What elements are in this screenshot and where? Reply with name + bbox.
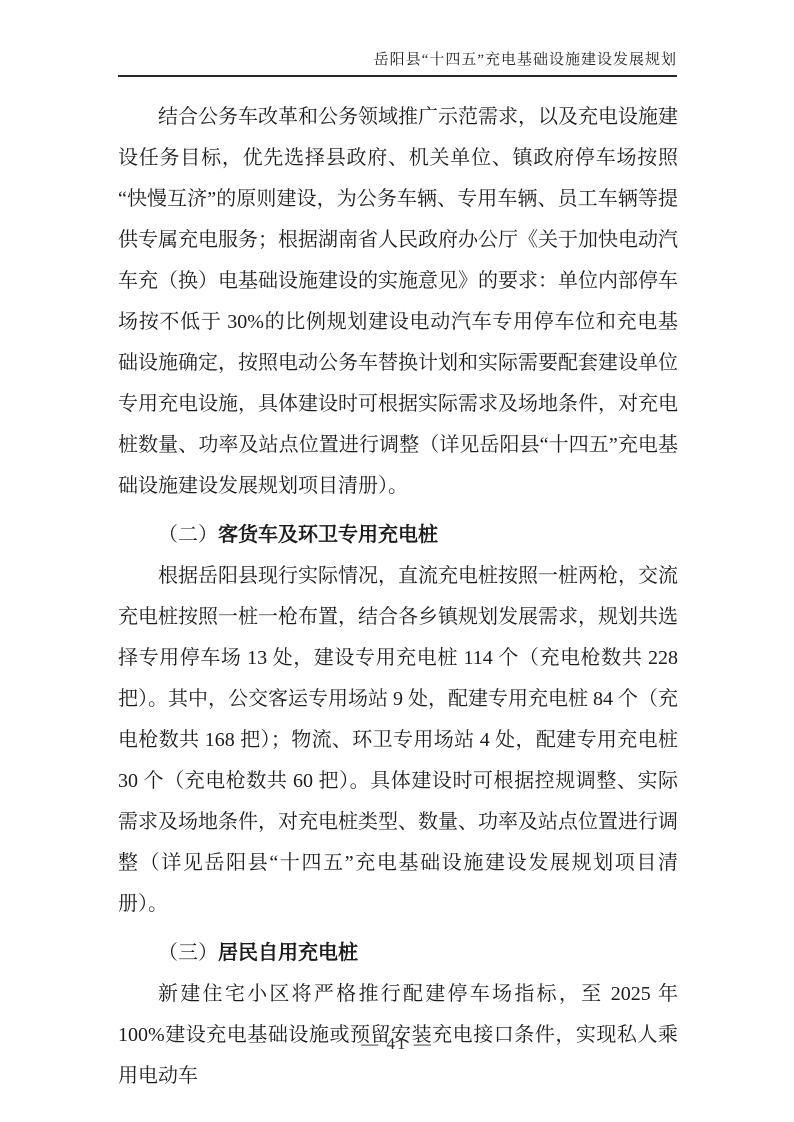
paragraph-freight-sanitation-chargers: 根据岳阳县现行实际情况，直流充电桩按照一桩两枪，交流充电桩按照一桩一枪布置，结合… <box>118 556 678 925</box>
page-footer: — 41 — <box>0 1032 794 1056</box>
page-number: — 41 — <box>361 1034 433 1053</box>
section-heading-2-number: （二） <box>158 524 218 546</box>
header-title: 岳阳县“十四五”充电基础设施建设发展规划 <box>374 52 677 68</box>
section-heading-3: （三）居民自用充电桩 <box>118 933 678 974</box>
document-body: 结合公务车改革和公务领域推广示范需求，以及充电设施建设任务目标，优先选择县政府、… <box>118 97 678 1097</box>
paragraph-official-vehicle-chargers: 结合公务车改革和公务领域推广示范需求，以及充电设施建设任务目标，优先选择县政府、… <box>118 97 678 507</box>
section-heading-3-number: （三） <box>158 942 218 964</box>
section-heading-3-title: 居民自用充电桩 <box>218 942 358 964</box>
section-heading-2: （二）客货车及环卫专用充电桩 <box>118 515 678 556</box>
page-header: 岳阳县“十四五”充电基础设施建设发展规划 <box>118 50 677 77</box>
section-heading-2-title: 客货车及环卫专用充电桩 <box>218 524 438 546</box>
document-page: 岳阳县“十四五”充电基础设施建设发展规划 结合公务车改革和公务领域推广示范需求，… <box>0 0 794 1122</box>
